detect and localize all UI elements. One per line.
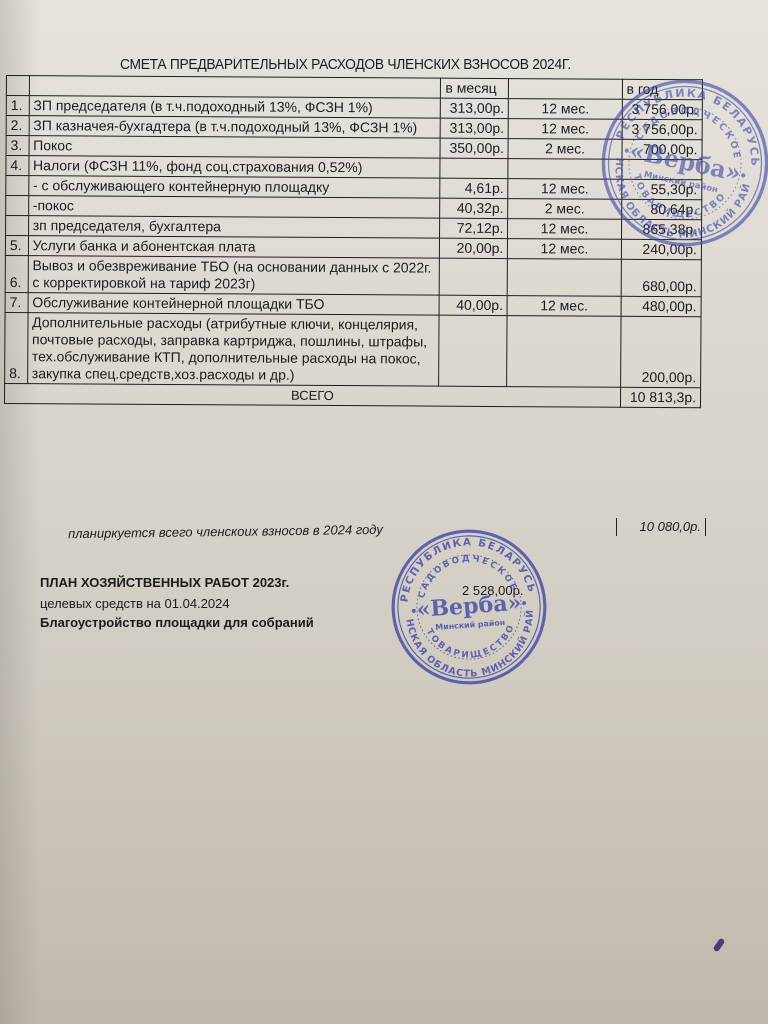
row-per-year: 200,00р. <box>620 316 701 387</box>
row-per-year: 240,00р. <box>621 239 701 259</box>
header-desc <box>29 76 441 99</box>
row-number <box>6 216 29 236</box>
official-stamp-bottom: РЕСПУБЛИКА БЕЛАРУСЬ МИНСКАЯ ОБЛАСТЬ МИНС… <box>385 523 554 692</box>
row-per-year: 480,00р. <box>621 296 701 316</box>
planned-contributions-label: планиркуется всего членскоих взносов в 2… <box>68 522 383 541</box>
row-description: Вывоз и обезвреживание ТБО (на основании… <box>28 256 440 296</box>
row-per-month <box>440 158 508 178</box>
row-number: 8. <box>5 312 28 383</box>
row-per-month: 313,00р. <box>441 118 509 138</box>
row-per-month: 313,00р. <box>441 98 509 118</box>
row-duration: 12 мес. <box>508 179 621 200</box>
total-label: ВСЕГО <box>4 383 620 407</box>
row-number: 6. <box>5 255 28 292</box>
row-number <box>6 196 29 216</box>
document-title: СМЕТА ПРЕДВАРИТЕЛЬНЫХ РАСХОДОВ ЧЛЕНСКИХ … <box>120 56 571 73</box>
row-per-year: 55,30р. <box>621 179 701 199</box>
row-duration <box>507 316 621 388</box>
row-number: 3. <box>6 136 29 156</box>
row-duration: 12 мес. <box>508 219 621 240</box>
total-value: 10 813,3р. <box>620 387 700 407</box>
row-description: зп председателя, бухгалтера <box>28 216 440 239</box>
row-duration: 12 мес. <box>509 119 622 140</box>
row-per-month: 350,00р. <box>440 138 508 158</box>
svg-text:Минский район: Минский район <box>435 618 506 632</box>
plan-item: Благоустройство площадки для собраний <box>40 615 314 630</box>
header-per-year: в год <box>622 79 702 99</box>
row-per-month: 4,61р. <box>440 178 508 198</box>
total-row: ВСЕГО10 813,3р. <box>4 383 700 407</box>
row-per-year: 700,00р. <box>622 139 702 159</box>
svg-text:МИНСКАЯ ОБЛАСТЬ МИНСКИЙ РАЙОН: МИНСКАЯ ОБЛАСТЬ МИНСКИЙ РАЙОН <box>385 523 541 686</box>
row-number <box>6 176 29 196</box>
row-per-year: 680,00р. <box>621 259 702 296</box>
stamp-seal-icon: РЕСПУБЛИКА БЕЛАРУСЬ МИНСКАЯ ОБЛАСТЬ МИНС… <box>385 523 554 692</box>
row-per-month <box>440 258 508 295</box>
row-per-year: 3 756,00р. <box>622 119 702 139</box>
planned-contributions-value: 10 080,0р. <box>616 518 706 536</box>
row-description: Покос <box>29 136 441 159</box>
budget-table: в месяц в год 1.ЗП председателя (в т.ч.п… <box>4 75 703 408</box>
row-per-month: 72,12р. <box>440 218 508 238</box>
row-per-year <box>622 159 702 179</box>
row-per-month: 40,32р. <box>440 198 508 218</box>
row-description: Дополнительные расходы (атрибутные ключи… <box>27 313 439 387</box>
row-description: Обслуживание контейнерной площадки ТБО <box>28 293 440 316</box>
row-description: Услуги банка и абонентская плата <box>28 236 440 259</box>
row-number: 1. <box>6 96 29 116</box>
row-duration: 2 мес. <box>508 139 621 160</box>
row-number: 7. <box>5 292 28 312</box>
pen-mark <box>713 938 726 953</box>
row-per-month <box>439 315 507 386</box>
row-duration: 12 мес. <box>508 239 621 260</box>
header-num <box>6 76 29 96</box>
row-per-month: 40,00р. <box>440 295 508 315</box>
row-per-year: 3 756,00р. <box>622 99 702 119</box>
row-per-month: 20,00р. <box>440 238 508 258</box>
plan-subtitle: целевых средств на 01.04.2024 <box>40 596 230 611</box>
row-per-year: 80,64р. <box>621 199 701 219</box>
header-per-month: в месяц <box>441 78 509 98</box>
row-number: 4. <box>6 156 29 176</box>
row-description: ЗП казначея-бухгадтера (в т.ч.подоходный… <box>29 116 441 139</box>
row-duration: 2 мес. <box>508 199 621 220</box>
row-per-year: 865,38р. <box>621 219 701 239</box>
row-number: 5. <box>5 236 28 256</box>
header-duration <box>509 79 622 100</box>
table-row: 6.Вывоз и обезвреживание ТБО (на основан… <box>5 255 701 296</box>
row-duration: 12 мес. <box>507 296 620 317</box>
row-description: ЗП председателя (в т.ч.подоходный 13%, Ф… <box>29 96 441 119</box>
row-duration <box>508 159 621 180</box>
plan-value: 2 528,00р. <box>462 583 523 598</box>
row-description: - с обслуживающего контейнерную площадку <box>28 176 440 199</box>
table-row: 8.Дополнительные расходы (атрибутные клю… <box>5 312 701 387</box>
row-description: -покос <box>28 196 440 219</box>
row-description: Налоги (ФСЗН 11%, фонд соц.страхования 0… <box>29 156 441 179</box>
svg-text:ТОВАРИЩЕСТВО: ТОВАРИЩЕСТВО <box>423 621 519 664</box>
row-number: 2. <box>6 116 29 136</box>
plan-title: ПЛАН ХОЗЯЙСТВЕННЫХ РАБОТ 2023г. <box>40 575 289 590</box>
row-duration <box>508 259 621 297</box>
row-duration: 12 мес. <box>509 99 622 120</box>
